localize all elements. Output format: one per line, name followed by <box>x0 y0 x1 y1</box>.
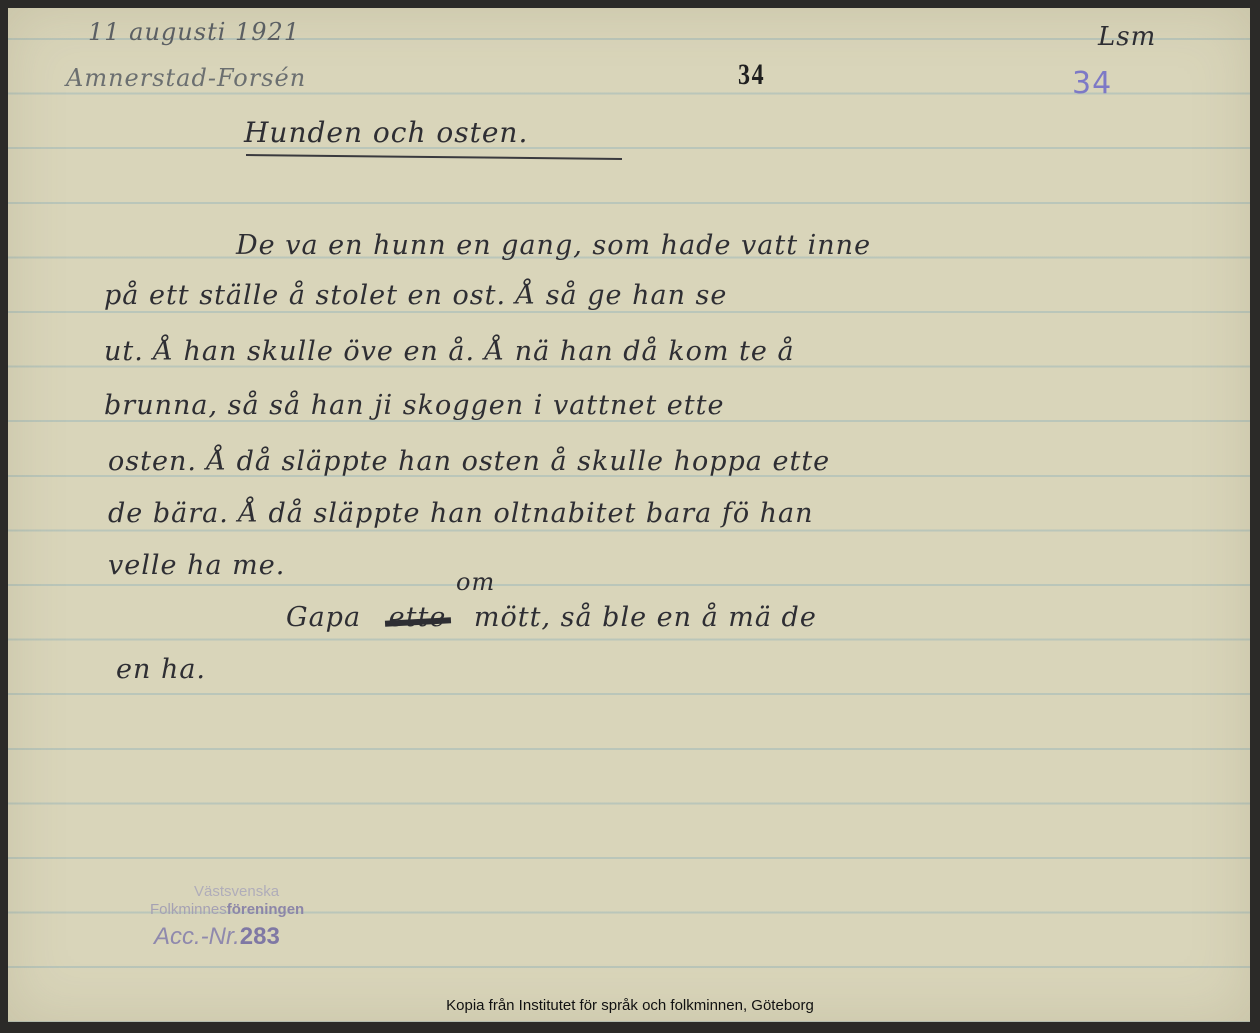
body-line-3: ut. Å han skulle öve en å. Å nä han då k… <box>104 336 795 367</box>
body-line-7: velle ha me. <box>108 550 285 581</box>
closing-line-1: Gapa ette mött, så ble en å mä de <box>286 602 817 633</box>
title-underline <box>246 154 622 160</box>
pencil-page-number: 34 <box>1072 66 1112 101</box>
body-line-6: de bära. Å då släppte han oltnabitet bar… <box>108 498 814 529</box>
manuscript-page: 11 augusti 1921 Amnerstad-Forsén 34 Lsm … <box>8 8 1250 1022</box>
body-line-5: osten. Å då släppte han osten å skulle h… <box>108 446 830 477</box>
closing-line-2: en ha. <box>116 654 206 685</box>
closing-word-before: Gapa <box>286 602 361 633</box>
stamp-line-1: Västsvenska <box>194 883 279 900</box>
copy-footer: Kopia från Institutet för språk och folk… <box>0 997 1260 1014</box>
stamp-line-3: Acc.-Nr.283 <box>154 923 280 951</box>
place-note: Amnerstad-Forsén <box>66 64 306 92</box>
page-number-stamp: 34 <box>738 58 765 92</box>
insertion-note: om <box>456 568 495 596</box>
struck-word: ette <box>389 602 447 633</box>
stamp-line-2: Folkminnesföreningen <box>150 901 304 918</box>
initials-note: Lsm <box>1098 22 1156 52</box>
body-line-1: De va en hunn en gang, som hade vatt inn… <box>236 230 871 261</box>
closing-words-after: mött, så ble en å mä de <box>474 602 817 633</box>
date-note: 11 augusti 1921 <box>88 18 300 46</box>
body-line-4: brunna, så så han ji skoggen i vattnet e… <box>104 390 724 421</box>
document-title: Hunden och osten. <box>244 116 528 149</box>
body-line-2: på ett ställe å stolet en ost. Å så ge h… <box>104 280 727 311</box>
